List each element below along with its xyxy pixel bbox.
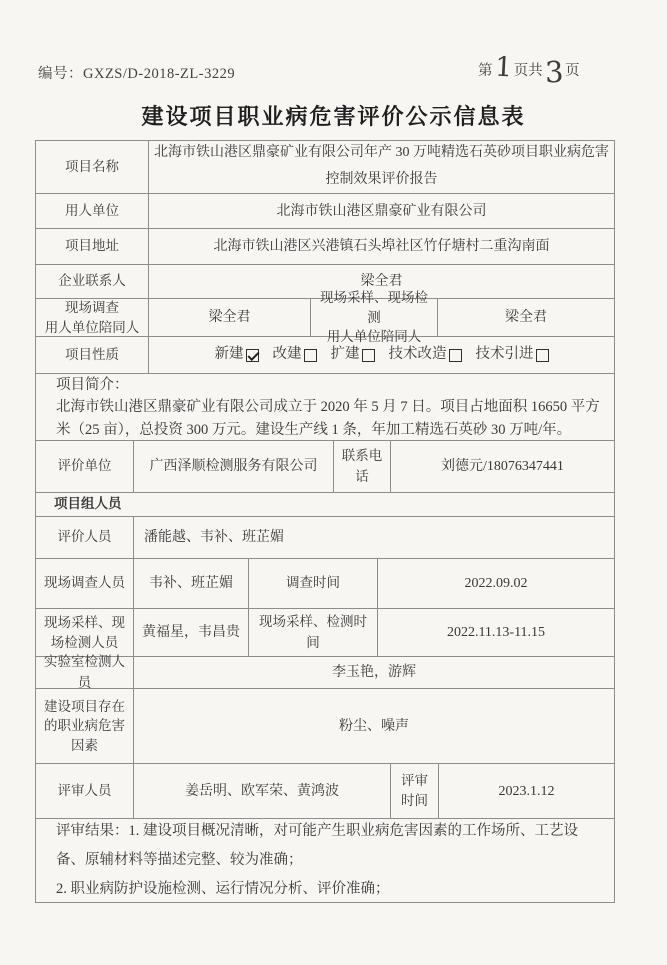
site-survey-value: 梁全君 [149, 299, 311, 336]
hazards-label: 建设项目存在的职业病危害因素 [36, 689, 134, 763]
sampling-time-value: 2022.11.13-11.15 [378, 609, 614, 656]
table-row-sampling-staff: 现场采样、现场检测人员 黄福星，韦昌贵 现场采样、检测时间 2022.11.13… [36, 609, 614, 657]
sampling-staff-value: 黄福星，韦昌贵 [134, 609, 249, 656]
sampling-escort-value: 梁全君 [438, 299, 614, 336]
review-result-line2: 2. 职业病防护设施检测、运行情况分析、评价准确； [56, 875, 600, 904]
evaluator-value: 广西泽顺检测服务有限公司 [134, 441, 334, 492]
nature-option-tech-upgrade: 技术改造 [389, 344, 462, 366]
table-row-summary: 项目简介：北海市铁山港区鼎豪矿业有限公司成立于 2020 年 5 月 7 日。项… [36, 374, 614, 441]
review-result-text: 评审结果：1. 建设项目概况清晰，对可能产生职业病危害因素的工作场所、工艺设备、… [46, 811, 610, 910]
project-name-value: 北海市铁山港区鼎豪矿业有限公司年产 30 万吨精选石英砂项目职业病危害控制效果评… [149, 141, 614, 193]
review-time-value: 2023.1.12 [439, 764, 614, 818]
nature-option-label: 改建 [273, 344, 302, 366]
survey-time-label: 调查时间 [249, 559, 378, 608]
site-survey-label-line2: 用人单位陪同人 [45, 318, 140, 338]
table-row-project-name: 项目名称 北海市铁山港区鼎豪矿业有限公司年产 30 万吨精选石英砂项目职业病危害… [36, 141, 614, 194]
nature-option-label: 扩建 [331, 344, 360, 366]
company-contact-label: 企业联系人 [36, 265, 149, 298]
survey-time-value: 2022.09.02 [378, 559, 614, 608]
sampling-time-label: 现场采样、检测时间 [249, 609, 378, 656]
table-row-lab-staff: 实验室检测人员 李玉艳，游辉 [36, 657, 614, 689]
checkbox-icon [362, 349, 375, 362]
table-row-survey-staff: 现场调查人员 韦补、班芷媚 调查时间 2022.09.02 [36, 559, 614, 609]
nature-option-label: 技术改造 [389, 344, 447, 366]
review-result-line1: 评审结果：1. 建设项目概况清晰，对可能产生职业病危害因素的工作场所、工艺设备、… [56, 817, 600, 875]
page-indicator: 第 1 页共 3 页 [478, 52, 580, 86]
doc-number-value: GXZS/D-2018-ZL-3229 [83, 66, 235, 82]
checkbox-checked-icon [246, 349, 259, 362]
survey-staff-value: 韦补、班芷媚 [134, 559, 249, 608]
eval-staff-label: 评价人员 [36, 517, 134, 558]
review-result-cell: 评审结果：1. 建设项目概况清晰，对可能产生职业病危害因素的工作场所、工艺设备、… [36, 819, 614, 902]
site-survey-label-line1: 现场调查 [65, 298, 119, 318]
sampling-escort-label-line1: 现场采样、现场检测 [315, 288, 433, 327]
doc-number: 编号：GXZS/D-2018-ZL-3229 [38, 62, 235, 83]
summary-cell: 项目简介：北海市铁山港区鼎豪矿业有限公司成立于 2020 年 5 月 7 日。项… [36, 374, 614, 440]
site-survey-label: 现场调查 用人单位陪同人 [36, 299, 149, 336]
page-indicator-middle: 页共 [514, 59, 543, 80]
page-indicator-suffix: 页 [565, 59, 580, 80]
sampling-escort-label: 现场采样、现场检测 用人单位陪同人 [311, 299, 438, 336]
nature-option-label: 技术引进 [476, 344, 534, 366]
eval-staff-value: 潘能越、韦补、班芷媚 [134, 517, 614, 558]
table-row-team-section: 项目组人员 [36, 493, 614, 517]
table-row-review-result: 评审结果：1. 建设项目概况清晰，对可能产生职业病危害因素的工作场所、工艺设备、… [36, 819, 614, 902]
summary-body: 北海市铁山港区鼎豪矿业有限公司成立于 2020 年 5 月 7 日。项目占地面积… [56, 399, 600, 437]
summary-title: 项目简介： [56, 377, 129, 393]
nature-option-rebuild: 改建 [273, 344, 317, 366]
nature-option-expand: 扩建 [331, 344, 375, 366]
evaluator-label: 评价单位 [36, 441, 134, 492]
hazards-value: 粉尘、噪声 [134, 689, 614, 763]
doc-number-label: 编号： [38, 66, 83, 82]
table-row-employer: 用人单位 北海市铁山港区鼎豪矿业有限公司 [36, 194, 614, 229]
survey-staff-label: 现场调查人员 [36, 559, 134, 608]
phone-value: 刘德元/18076347441 [391, 441, 614, 492]
page-indicator-prefix: 第 [478, 59, 493, 80]
handwritten-total-pages: 3 [544, 57, 563, 87]
nature-option-label: 新建 [215, 344, 244, 366]
nature-option-new: 新建 [215, 344, 259, 366]
handwritten-page-number: 1 [494, 53, 513, 81]
review-value: 姜岳明、欧军荣、黄鸿波 [134, 764, 391, 818]
table-row-eval-staff: 评价人员 潘能越、韦补、班芷媚 [36, 517, 614, 559]
address-label: 项目地址 [36, 229, 149, 264]
table-row-hazards: 建设项目存在的职业病危害因素 粉尘、噪声 [36, 689, 614, 764]
project-nature-options: 新建 改建 扩建 技术改造 技术引进 [149, 337, 614, 373]
summary-text: 项目简介：北海市铁山港区鼎豪矿业有限公司成立于 2020 年 5 月 7 日。项… [46, 369, 610, 445]
team-section-cell: 项目组人员 [36, 493, 614, 516]
nature-option-tech-import: 技术引进 [476, 344, 549, 366]
lab-staff-label: 实验室检测人员 [36, 657, 134, 688]
checkbox-icon [449, 349, 462, 362]
table-row-site-survey: 现场调查 用人单位陪同人 梁全君 现场采样、现场检测 用人单位陪同人 梁全君 [36, 299, 614, 337]
table-row-address: 项目地址 北海市铁山港区兴港镇石头埠社区竹仔塘村二重沟南面 [36, 229, 614, 265]
scanned-document-page: 编号：GXZS/D-2018-ZL-3229 第 1 页共 3 页 建设项目职业… [0, 0, 667, 965]
sampling-staff-label: 现场采样、现场检测人员 [36, 609, 134, 656]
review-label: 评审人员 [36, 764, 134, 818]
project-nature-label: 项目性质 [36, 337, 149, 373]
review-time-label: 评审时间 [391, 764, 439, 818]
phone-label: 联系电话 [334, 441, 391, 492]
page-title: 建设项目职业病危害评价公示信息表 [0, 100, 667, 131]
checkbox-icon [304, 349, 317, 362]
info-table: 项目名称 北海市铁山港区鼎豪矿业有限公司年产 30 万吨精选石英砂项目职业病危害… [35, 140, 615, 903]
team-section-title: 项目组人员 [46, 494, 610, 514]
project-name-label: 项目名称 [36, 141, 149, 193]
employer-value: 北海市铁山港区鼎豪矿业有限公司 [149, 194, 614, 228]
table-row-evaluator: 评价单位 广西泽顺检测服务有限公司 联系电话 刘德元/18076347441 [36, 441, 614, 493]
address-value: 北海市铁山港区兴港镇石头埠社区竹仔塘村二重沟南面 [149, 229, 614, 264]
lab-staff-value: 李玉艳，游辉 [134, 657, 614, 688]
checkbox-icon [536, 349, 549, 362]
employer-label: 用人单位 [36, 194, 149, 228]
